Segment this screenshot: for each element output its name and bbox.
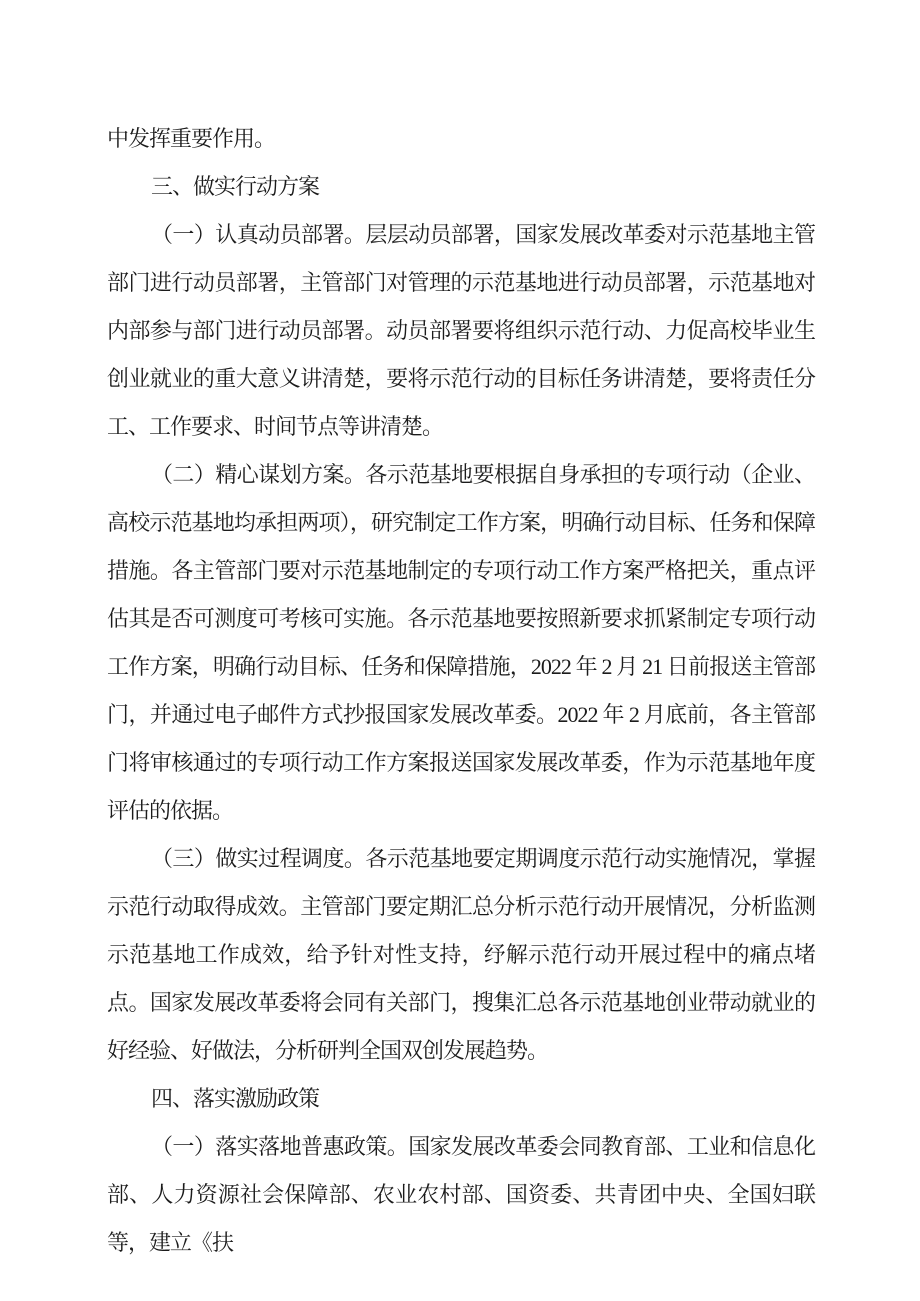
document-content: 中发挥重要作用。 三、做实行动方案 （一）认真动员部署。层层动员部署，国家发展改… — [107, 115, 815, 1267]
paragraph-item-one-mobilize: （一）认真动员部署。层层动员部署，国家发展改革委对示范基地主管部门进行动员部署，… — [107, 211, 815, 451]
paragraph-item-three-process: （三）做实过程调度。各示范基地要定期调度示范行动实施情况，掌握示范行动取得成效。… — [107, 835, 815, 1075]
paragraph-continuation: 中发挥重要作用。 — [107, 115, 815, 163]
section-heading-four: 四、落实激励政策 — [107, 1075, 815, 1123]
section-heading-three: 三、做实行动方案 — [107, 163, 815, 211]
document-page: 中发挥重要作用。 三、做实行动方案 （一）认真动员部署。层层动员部署，国家发展改… — [0, 0, 920, 1301]
paragraph-item-one-policy: （一）落实落地普惠政策。国家发展改革委会同教育部、工业和信息化部、人力资源社会保… — [107, 1123, 815, 1267]
paragraph-item-two-plan: （二）精心谋划方案。各示范基地要根据自身承担的专项行动（企业、高校示范基地均承担… — [107, 451, 815, 835]
